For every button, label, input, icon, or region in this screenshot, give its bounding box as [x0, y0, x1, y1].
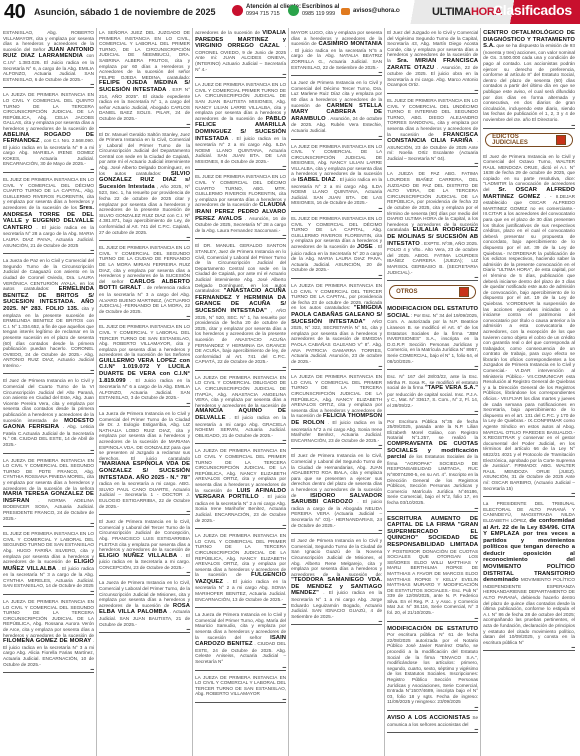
notice-code: ▬: [99, 122, 190, 126]
notice-code: ▬: [387, 88, 478, 92]
page-number: 40: [4, 1, 25, 24]
notice-text: Por Escritura Pública N°35 de fecha 25/0…: [387, 419, 478, 441]
notice-subject: de conformidad al Art. 22 de la Ley 834/…: [483, 518, 575, 583]
page-header: 40 Asunción, sábado 1 de noviembre de 20…: [0, 0, 580, 24]
legal-notice: EL JUEZ DE PRIMERA INSTANCIA EN LO CIVIL…: [99, 243, 190, 320]
notice-code: ▬: [3, 667, 94, 671]
notice-code: ▬: [195, 72, 286, 76]
notice-text: radica en la secretaría a mi cargo. ABG.…: [99, 481, 190, 508]
legal-notice: MAYOR LUGO, cita y emplaza por sesenta d…: [291, 28, 382, 76]
legal-notice: LA JUEZA DE PRIMERA INSTANCIA EN LO CIVI…: [195, 673, 286, 703]
notice-code: ▬: [483, 645, 575, 649]
notice-code: ▬: [195, 665, 286, 669]
notice-code: ▬: [3, 167, 94, 171]
notice-text: LA JUEZA DE PRIMERA INSTANCIA EN LO CIVI…: [195, 675, 286, 697]
issue-date: Asunción, sábado 1 de noviembre de 2025: [34, 7, 216, 17]
legal-notice: LA JUEZA DE PRIMERA INSTANCIA EN LO CIVI…: [3, 456, 94, 528]
notice-code: ▬: [99, 627, 190, 631]
legal-notice: El Juez de Primera Instancia en lo Civil…: [3, 376, 94, 453]
gavel-icon: [556, 135, 566, 145]
column-2: LA SEÑORA JUEZ DEL JUZGADO DE PRIMERA IN…: [99, 28, 193, 756]
section-tag-label: EDICTOS JUDICIALES: [492, 134, 556, 146]
notice-subject: JOSE: [357, 244, 373, 250]
notice-code: ▬: [3, 521, 94, 525]
notice-code: ▬: [3, 248, 94, 252]
legal-notice: LA JUEZA DE PRIMERA INSTANCIA EN LO CIVI…: [195, 446, 286, 529]
notice-text: MOVIMIENTO POLÍTICO INDEPENDIENTE ESPERA…: [483, 577, 575, 645]
legal-notice: LA JUEZA DE PRIMERA INSTANCIA EN LO CIVI…: [195, 531, 286, 608]
notice-code: ▬: [483, 123, 575, 127]
notice-subject: ISABEL DIAZ: [298, 177, 336, 183]
legal-notice: La Jueza de Primera Instancia en lo Civi…: [99, 409, 190, 515]
legal-notice: El Juez del Juzgado en lo Civil y Comerc…: [387, 28, 478, 94]
notice-text: LA JUEZA DE PRIMERA INSTANCIA EN LO CIVI…: [3, 458, 94, 491]
legal-notice: La Juez de Primera Instancia en lo Civil…: [291, 78, 382, 139]
notice-code: ▬: [195, 365, 286, 369]
legal-notice: El Dr. Manuel Geraldo Saltón Stanley, Ju…: [99, 130, 190, 242]
column-6: CENTRO OFTALMOLÓGICO DE DIAGNÓSTICO Y TR…: [483, 28, 577, 756]
column-3: acreedores de la sucesión de VIDALIA PAR…: [195, 28, 289, 756]
legal-notice: acreedores de la sucesión de VIDALIA PAR…: [195, 28, 286, 78]
legal-notice: El Juez de Primera Instancia en lo Civil…: [483, 152, 575, 498]
legal-notice: LA JUEZA DE PRIMERA INSTANCIA EN LO CIVI…: [195, 373, 286, 445]
notice-code: ▬: [291, 619, 382, 623]
notice-text: cita y emplaza en la presente sucesión d…: [3, 306, 94, 368]
notice-code: ▬: [99, 570, 190, 574]
notice-text: : Por Esc. N° 34 del 19/09/2025, Com. A.…: [387, 313, 478, 364]
legal-notice: La Jueza de Paz en lo Civil y Comercial …: [3, 256, 94, 374]
legal-notice: La Jueza de Primera Instancia en lo Civi…: [195, 610, 286, 670]
legal-notice: EL JUEZ DE PRIMERA INSTANCIA EN LO CIVIL…: [99, 322, 190, 407]
legal-notice: EL JUEZ DE PRIMERA INSTANCIA EN LO CIVIL…: [291, 214, 382, 279]
notice-text: El DR. MANUEL GERALDO SANTON STANLEY, Ju…: [195, 243, 286, 293]
notice-text: LA JUEZA DE PRIMERA INSTANCIA EN LO CIVI…: [291, 374, 382, 418]
notice-code: ▬: [3, 82, 94, 86]
notice-text: LA JUEZA DE PRIMERA INSTANCIA EN LO CIVI…: [195, 448, 286, 492]
legal-notice: El Juez de Primera Instancia en lo Civil…: [291, 536, 382, 625]
notice-code: ▬: [291, 70, 382, 74]
legal-notice: MODIFICACION DEL ESTATUTO SOCIAL : Por E…: [387, 304, 478, 370]
notice-text: El Juez de Primera Instancia en lo Civil…: [291, 453, 382, 497]
legal-notice: LA JUEZA DE PRIMERA INSTANCIA EN LO CIVI…: [3, 90, 94, 173]
notice-code: ▬: [483, 491, 575, 495]
notice-text: AÑO 2025, N° 322, SECRETARÍA N° 51, cita…: [291, 319, 382, 364]
legal-notice: LA JUEZA DE PRIMERA INSTANCIA EN LO CIVI…: [3, 597, 94, 673]
legal-notice: ESCRITURA AUMENTO DE CAPITAL DE LA FIRMA…: [387, 514, 478, 622]
legal-notice: MODIFICACIÓN DE ESTATUTO Por escritura p…: [387, 624, 478, 711]
building-icon: [459, 287, 469, 297]
notice-code: ▬: [195, 697, 286, 701]
notice-text: acreedores de la sucesión de: [195, 30, 262, 35]
legal-notice: El Juez de Primera Instancia en lo Civil…: [291, 451, 382, 534]
notice-text: LA JUEZA DE PRIMERA INSTANCIA EN LO CIVI…: [3, 92, 94, 131]
notice-subject: CASIMIRO MONTANIA: [318, 41, 382, 47]
section-tag-label: OTROS: [396, 289, 417, 295]
notice-code: ▬: [3, 368, 94, 372]
notice-code: ▬: [387, 364, 478, 368]
notice-text: . - II.DEJAR establecido que OSCAR ALFRE…: [483, 194, 575, 491]
notice-subject: FILOMENA GOMEZ DE MORAY: [3, 638, 91, 644]
legal-notice: La PRESIDENTE DEL TRIBUNAL ELECTORAL DE …: [483, 499, 575, 651]
column-4: MAYOR LUGO, cita y emplaza por sesenta d…: [291, 28, 385, 756]
notice-text: , AÑO 2025, N° 520, SEC. N° 1, ha resuel…: [195, 308, 286, 364]
notice-code: ▬: [3, 448, 94, 452]
notice-code: ▬: [99, 509, 190, 513]
section-tag-otros: OTROS: [389, 285, 476, 299]
legal-notice: EL JUEZ DE PRIMERA INSTANCIA EN LO CIVIL…: [387, 96, 478, 168]
notice-text: El Juez de Primera Instancia en lo Civil…: [99, 519, 190, 552]
whatsapp-contact: Escríbinos al0985 119 999: [288, 4, 339, 17]
phone-icon: [232, 5, 243, 16]
notice-code: ▬: [291, 134, 382, 138]
notice-columns: ESTANISLAO, Abg. ROBERTO VILLAMAYOR, cit…: [3, 28, 577, 756]
notice-text: LA SEÑORA JUEZ DEL JUZGADO DE PRIMERA IN…: [99, 30, 190, 80]
notice-subject: MODIFICACIÓN DE ESTATUTO: [387, 626, 478, 632]
notice-text: LA JUEZA DE PRIMERA INSTANCIA EN LO CIVI…: [195, 375, 286, 408]
whatsapp-icon: [288, 5, 299, 16]
notice-text: Por escritura pública N° 61 de fecha 22/…: [387, 632, 478, 704]
legal-notice: La Jueza de Primera Instancia en lo Civi…: [99, 578, 190, 633]
legal-notice: LA JUEZ DE PRIMERA INSTANCIA EN LO CIVIL…: [195, 80, 286, 170]
notice-text: La Jueza de Primera Instancia en lo Civi…: [99, 411, 190, 461]
notice-code: ▬: [387, 705, 478, 709]
legal-notice: LA JUEZ DE PRIMERA INSTANCIA EN LO CIVIL…: [291, 142, 382, 213]
notice-subject: ELIGIO NUÑEZ VILLALBA: [99, 553, 177, 559]
legal-notice: ESTANISLAO, Abg. ROBERTO VILLAMAYOR, cit…: [3, 28, 94, 88]
section-tag-edictos-judiciales: EDICTOS JUDICIALES: [485, 133, 573, 147]
notice-code: ▬: [99, 314, 190, 318]
notice-text: El Dr. Manuel Geraldo Saltón Stanley, Ju…: [99, 132, 190, 176]
legal-notice: EL JUEZ DE PRIMERA INSTANCIA EN LO CIVIL…: [195, 172, 286, 239]
notice-text: LA JUEZA DE PRIMERA INSTANCIA EN LO CIVI…: [3, 599, 94, 638]
notice-text: LA JUEZA DE PRIMERA INSTANCIA EN LO CIVI…: [195, 533, 286, 577]
notice-code: ▬: [195, 438, 286, 442]
legal-notice: EL JUEZ DE PRIMERA INSTANCIA EN LO CIVIL…: [3, 175, 94, 254]
notice-text: Y POSTERIOR DONACIÓN DE CUOTAS SOCIALES …: [387, 549, 478, 616]
notice-code: ▬: [387, 161, 478, 165]
legal-notice: El Juez de Primera Instancia en lo Civil…: [99, 517, 190, 576]
notice-code: ▬: [99, 235, 190, 239]
mail-icon: [341, 8, 350, 15]
notice-subject: "TAPE VERA S.A.": [425, 385, 478, 391]
legal-notice: EL JUEZ DE PRIMERA INSTANCIA EN LO CIVIL…: [3, 529, 94, 595]
notice-code: ▬: [387, 409, 478, 413]
notice-text: El Juez de Primera Instancia en lo Civil…: [3, 378, 94, 422]
notice-code: ▬: [195, 233, 286, 237]
legal-notice: Esc. N° 167 del 28/03/22, ante la Esc. M…: [387, 372, 478, 415]
notice-subject: ESCRITURA AUMENTO DE CAPITAL DE LA FIRMA…: [387, 516, 478, 548]
legal-notice: CENTRO OFTALMOLÓGICO DE DIAGNÓSTICO Y TR…: [483, 28, 575, 129]
notice-code: ▬: [195, 602, 286, 606]
section-title: Clasificados: [493, 2, 572, 18]
notice-code: ▬: [3, 589, 94, 593]
notice-text: por reducción de capital social. Insc. P…: [387, 392, 478, 408]
notice-code: ▬: [291, 273, 382, 277]
legal-notice: LA SEÑORA JUEZ DEL JUZGADO DE PRIMERA IN…: [99, 28, 190, 128]
notice-text: . El juicio radica en la secretaría N°5 …: [291, 48, 382, 70]
legal-notice: El DR. MANUEL GERALDO SANTON STANLEY, Ju…: [195, 241, 286, 370]
notice-code: ▬: [291, 206, 382, 210]
notice-code: ▬: [99, 401, 190, 405]
legal-notice: LA JUEZA DE PRIMERA INSTANCIA EN LO CIVI…: [291, 281, 382, 370]
notice-code: ▬: [387, 275, 478, 279]
notice-subject: "MARIANA ESPINOLA VDA DE GONZALEZ S/ SUC…: [99, 461, 190, 480]
notice-text: de los Estatutos Sociales de la firma "A…: [387, 454, 478, 505]
notice-code: ▬: [387, 506, 478, 510]
brand-logo: ULTIMAHORA: [432, 6, 502, 18]
legal-notice: LA JUEZA DE PRIMERA INSTANCIA EN LO CIVI…: [291, 372, 382, 449]
legal-notice: Por Escritura Pública N°35 de fecha 25/0…: [387, 417, 478, 512]
notice-code: ▬: [291, 528, 382, 532]
notice-code: ▬: [291, 364, 382, 368]
column-1: ESTANISLAO, Abg. ROBERTO VILLAMAYOR, cit…: [3, 28, 97, 756]
notice-code: ▬: [387, 616, 478, 620]
notice-text: , Año 2025, Nº 523, Sec. 1, ha resuelto …: [99, 184, 190, 235]
notice-text: que se ha dispuesto la emisión de 93 (no…: [483, 43, 575, 122]
notice-text: LA JUEZA DE PAZ ABG. FATIMA LOURDES IBAÑ…: [387, 171, 478, 232]
legal-notice: AVISO A LOS ACCIONISTAS Se comunica a lo…: [387, 713, 478, 733]
column-5: El Juez del Juzgado en lo Civil y Comerc…: [387, 28, 481, 756]
legal-notice: LA JUEZA DE PAZ ABG. FATIMA LOURDES IBAÑ…: [387, 169, 478, 281]
notice-code: ▬: [387, 727, 478, 731]
notice-text: EL JUEZ DE PRIMERA INSTANCIA EN LO CIVIL…: [99, 324, 190, 357]
notice-code: ▬: [291, 443, 382, 447]
notice-code: ▬: [195, 523, 286, 527]
notice-code: ▬: [195, 164, 286, 168]
notice-subject: AVISO A LOS ACCIONISTAS: [387, 715, 470, 721]
notice-text: El Juez de Primera Instancia en lo Civil…: [291, 538, 382, 577]
